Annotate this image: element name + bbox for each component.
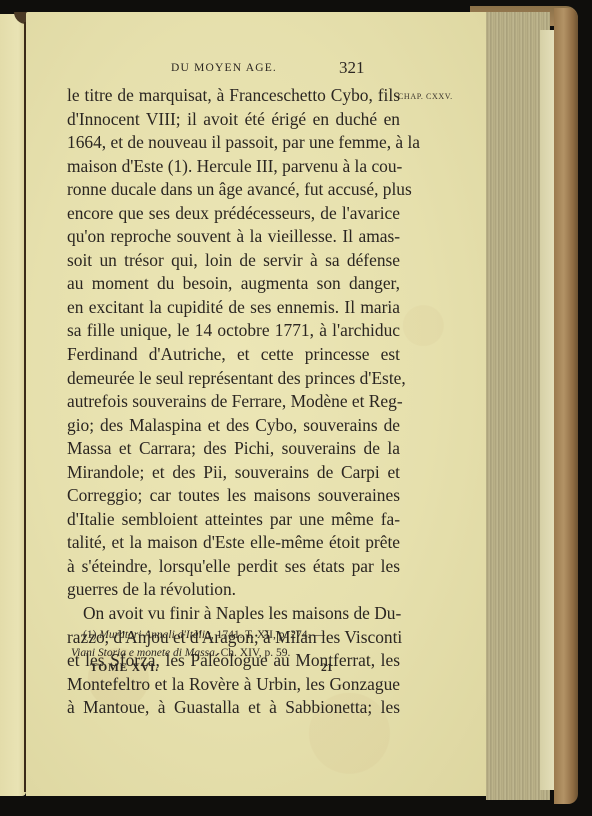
text-line: talité, et la maison d'Este elle-même ét… [67,531,400,555]
book-photo: DU MOYEN AGE. 321 CHAP. CXXV. le titre d… [0,0,592,816]
text-line: Mirandole; et des Pii, souverains de Car… [67,461,400,485]
book-cover-edge [554,8,578,804]
left-facing-page [0,14,26,796]
endpaper-edge [540,30,554,790]
volume-label: TOME XVI. [90,662,159,674]
text-line: au moment du besoin, augmenta son danger… [67,272,400,296]
footnote-citation-detail: , 1741. T. XII, p. 274. — [211,629,325,641]
text-line: 1664, et de nouveau il passoit, par une … [67,131,400,155]
text-line: sa fille unique, le 14 octobre 1771, à l… [67,319,400,343]
text-line: Correggio; car toutes les maisons souver… [67,484,400,508]
text-line: à Mantoue, à Guastalla et à Sabbionetta;… [67,696,400,720]
chapter-margin-note: CHAP. CXXV. [398,92,453,101]
footnote-citation-title: Muratori Annali d'Italia [99,629,211,641]
footnote-1-continued: Viani Storia e monete di Massa. Ch. XIV,… [71,644,401,662]
gathering-signature: 21 [321,662,333,674]
paragraph-end-line: guerres de la révolution. [67,578,400,602]
text-line: encore que ses deux prédécesseurs, de l'… [67,202,400,226]
text-line: autrefois souverains de Ferrare, Modène … [67,390,400,414]
text-line: soit un trésor qui, loin de servir à sa … [67,249,400,273]
text-line: ronne ducale dans un âge avancé, fut acc… [67,178,400,202]
text-line: le titre de marquisat, à Franceschetto C… [67,84,400,108]
text-line: à s'éteindre, lorsqu'elle perdit ses éta… [67,555,400,579]
text-line: demeurée le seul représentant des prince… [67,367,400,391]
page-number: 321 [339,58,365,78]
footnote-citation-detail: Ch. XIV, p. 59. [218,647,291,659]
text-line: gio; des Malaspina et des Cybo, souverai… [67,414,400,438]
text-line: qu'on reproche souvent à la vieillesse. … [67,225,400,249]
footnotes: (1) Muratori Annali d'Italia, 1741. T. X… [71,626,401,662]
running-head-title: DU MOYEN AGE. [171,62,277,74]
text-line: maison d'Este (1). Hercule III, parvenu … [67,155,400,179]
paragraph-start-line: On avoit vu finir à Naples les maisons d… [67,602,400,626]
text-line: Massa et Carrara; des Pichi, souverains … [67,437,400,461]
footnote-citation-title: Viani Storia e monete di Massa. [71,647,218,659]
text-line: d'Innocent VIII; il avoit été érigé en d… [67,108,400,132]
body-text: le titre de marquisat, à Franceschetto C… [67,84,400,720]
footnote-marker: (1) [83,629,96,641]
text-line: Ferdinand d'Autriche, et cette princesse… [67,343,400,367]
text-line: Montefeltro et la Rovère à Urbin, les Go… [67,673,400,697]
text-line: en excitant la cupidité de ses ennemis. … [67,296,400,320]
footnote-1: (1) Muratori Annali d'Italia, 1741. T. X… [71,626,401,644]
running-head: DU MOYEN AGE. 321 [103,62,403,80]
text-line: d'Italie sembloient atteintes par une mê… [67,508,400,532]
gutter-line [24,22,26,792]
